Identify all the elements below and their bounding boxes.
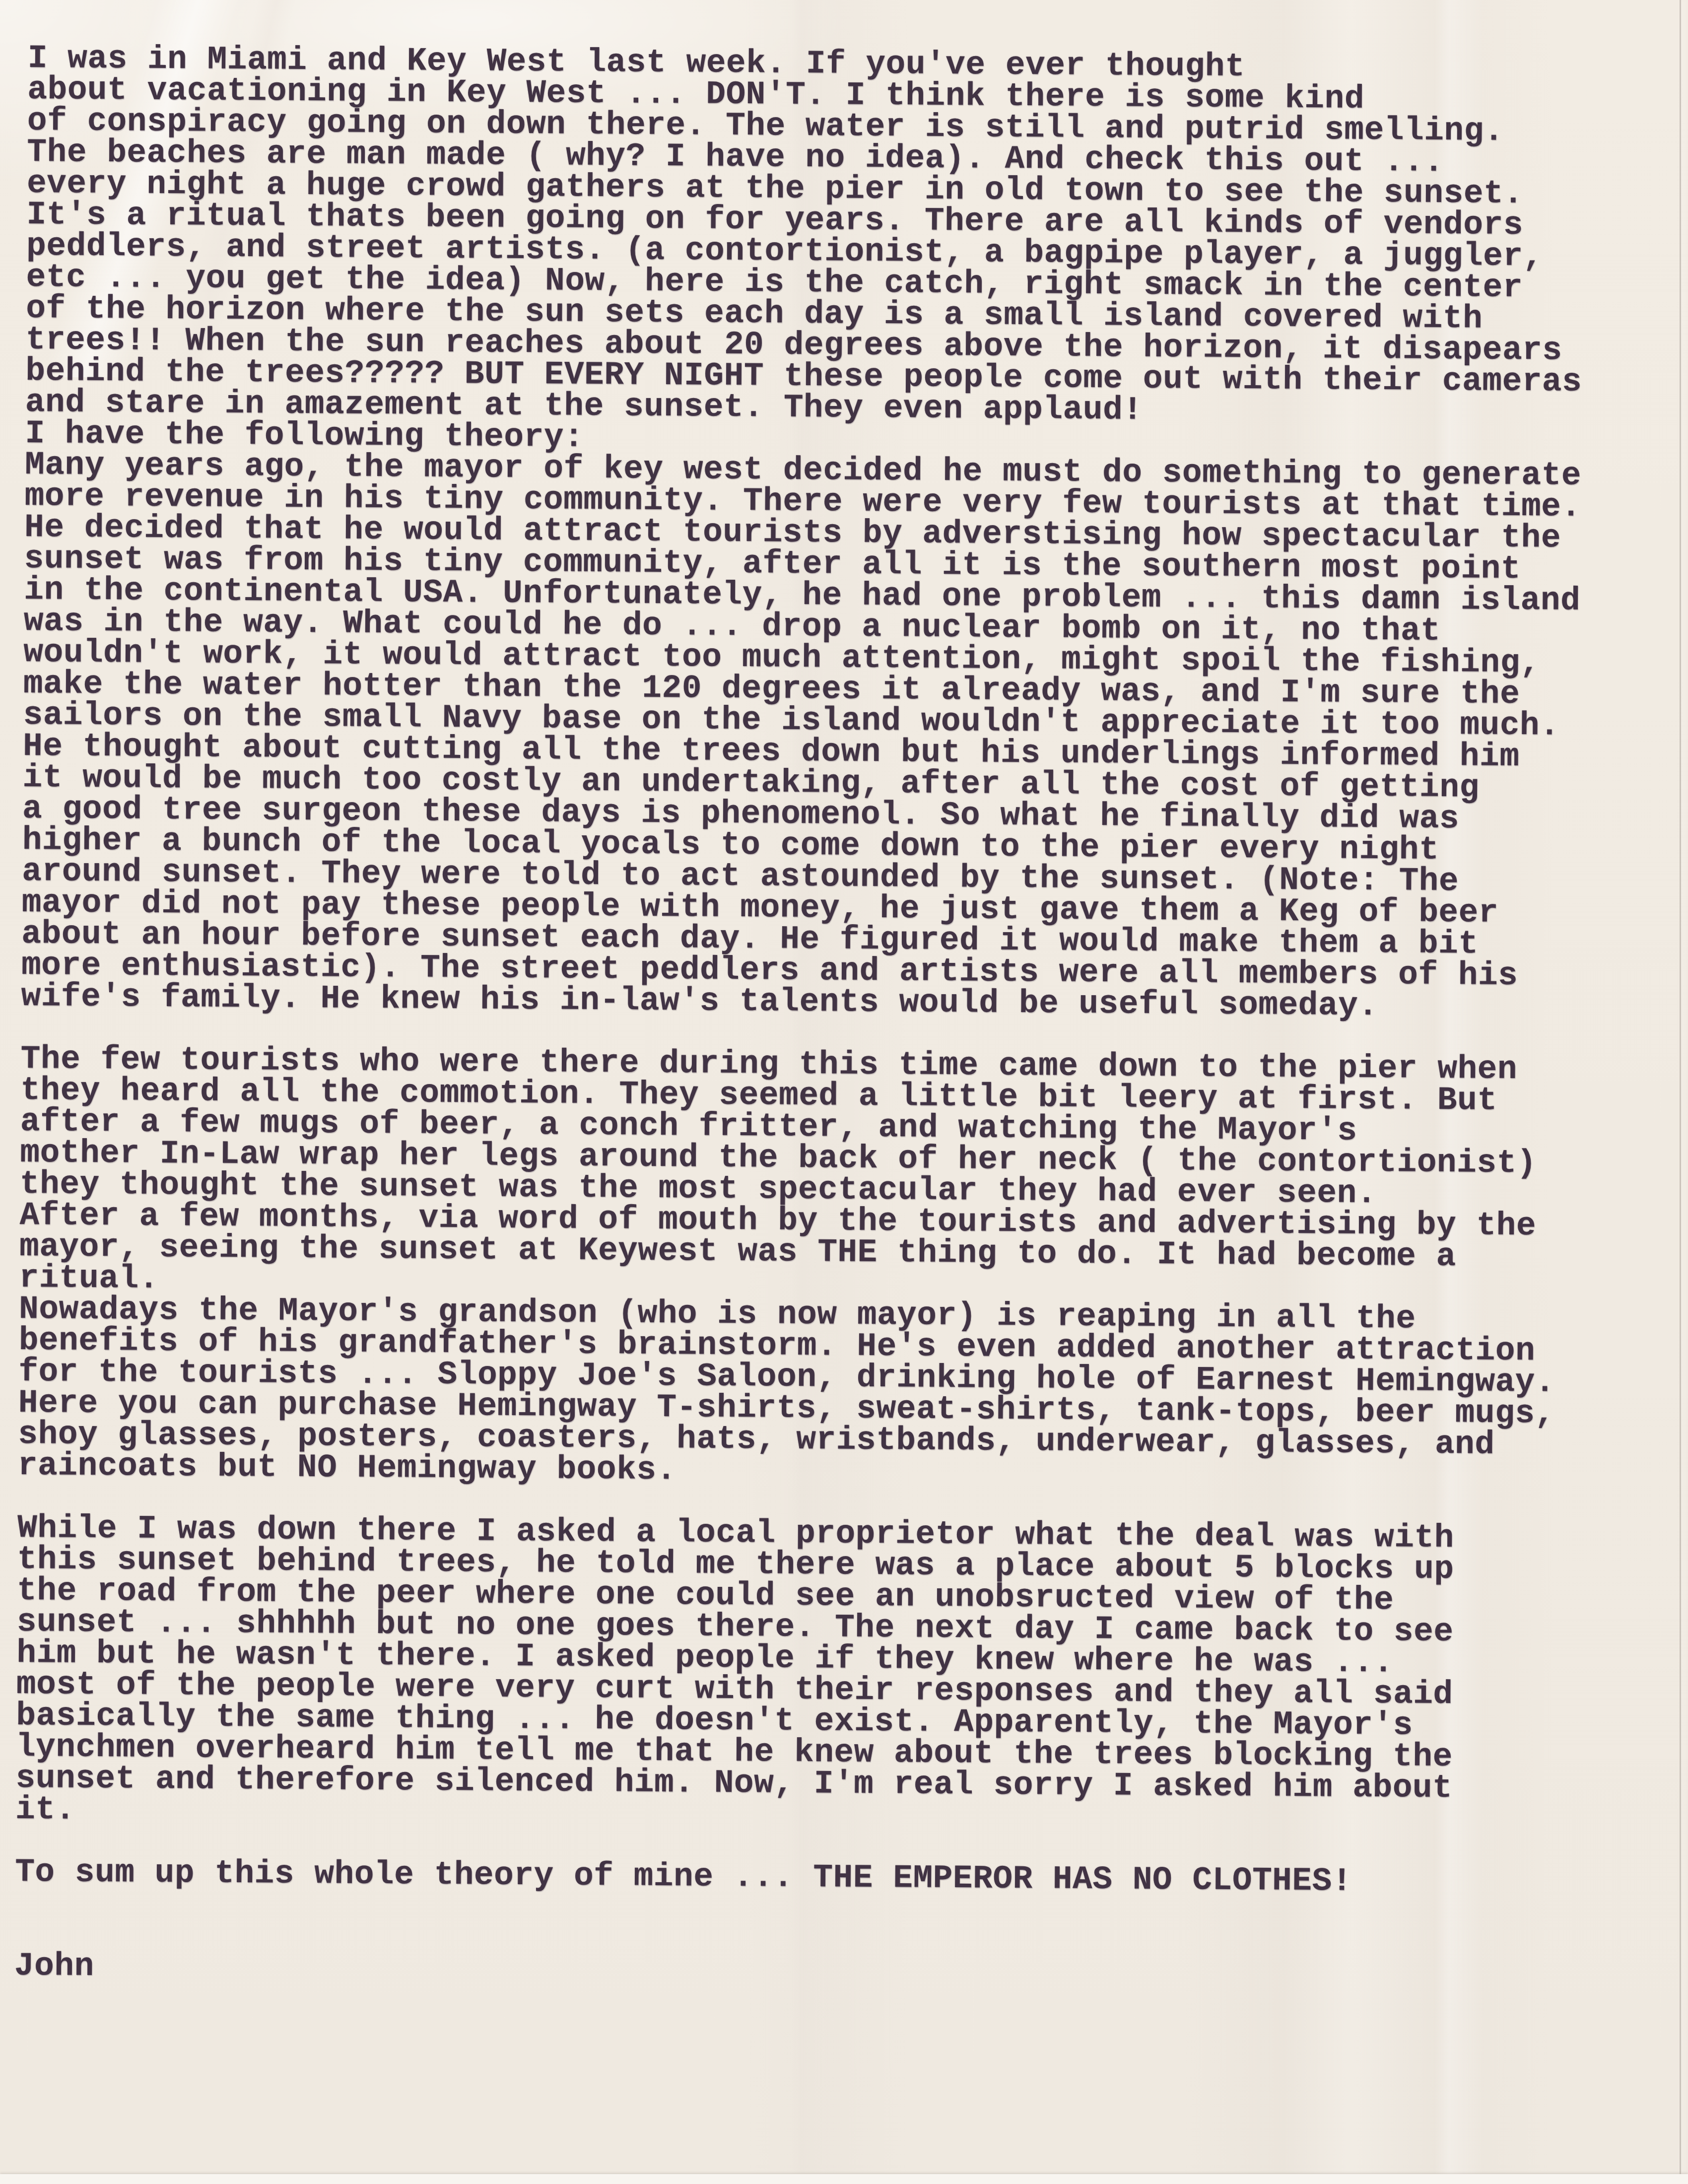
- letter-body: I was in Miami and Key West last week. I…: [15, 43, 1584, 1899]
- scan-right-edge-artifact: [1680, 0, 1681, 2184]
- scan-bottom-edge-artifact: [0, 2174, 1688, 2184]
- letter-text-block: I was in Miami and Key West last week. I…: [14, 43, 1584, 1992]
- signature: John: [14, 1950, 1571, 1992]
- scanned-letter-page: I was in Miami and Key West last week. I…: [0, 0, 1688, 2184]
